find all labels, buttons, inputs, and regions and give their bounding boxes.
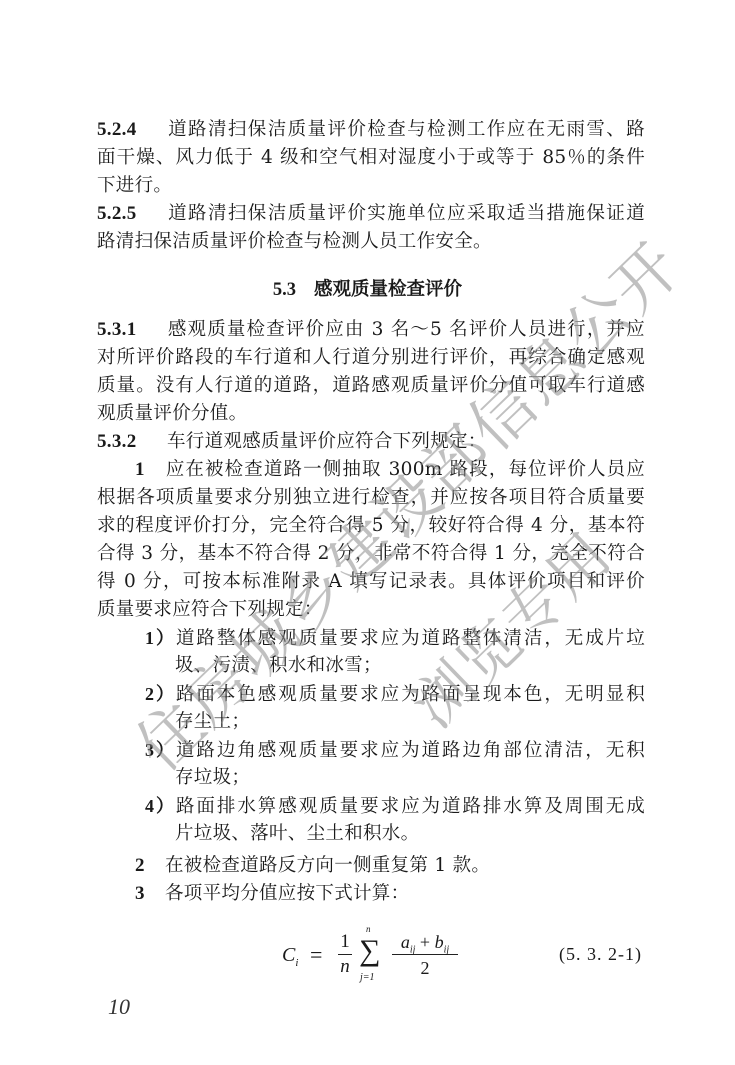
subitem-3-cont: 存垃圾； (97, 764, 645, 792)
clause-line: 5.2.4道路清扫保洁质量评价检查与检测工作应在无雨雪、路 (97, 116, 645, 144)
item-3: 3各项平均分值应按下式计算： (97, 880, 645, 908)
clause-number: 5.3.1 (97, 316, 167, 344)
clause-text: 车行道观感质量评价应符合下列规定： (167, 431, 487, 452)
section-heading: 5.3感观质量检查评价 (0, 276, 735, 304)
subitem-number: 3） (145, 740, 176, 760)
item-1-line: 求的程度评价打分，完全符合得 5 分，较好符合得 4 分，基本符 (97, 512, 645, 540)
item-text: 各项平均分值应按下式计算： (165, 883, 409, 904)
subitem-text: 路面本色感观质量要求应为路面呈现本色，无明显积 (176, 684, 645, 705)
clause-5-2-5: 5.2.5道路清扫保洁质量评价实施单位应采取适当措施保证道 路清扫保洁质量评价检… (97, 200, 645, 256)
subitem-number: 1） (145, 628, 176, 648)
section-title: 感观质量检查评价 (314, 279, 462, 300)
item-1-line: 根据各项质量要求分别独立进行检查，并应按各项目符合质量要 (97, 484, 645, 512)
item-number: 1 (135, 456, 165, 484)
item-number: 3 (135, 880, 165, 908)
sigma-icon: ∑ (359, 936, 380, 966)
section-number: 5.3 (273, 280, 296, 300)
clause-5-2-4: 5.2.4道路清扫保洁质量评价检查与检测工作应在无雨雪、路 面干燥、风力低于 4… (97, 116, 645, 200)
subitem-2-cont: 存尘土； (97, 708, 645, 736)
clause-line: 5.3.1感观质量检查评价应由 3 名～5 名评价人员进行，并应 (97, 316, 645, 344)
subitem-text: 道路整体感观质量要求应为道路整体清洁，无成片垃 (176, 628, 645, 649)
item-1-line: 合得 3 分，基本不符合得 2 分，非常不符合得 1 分，完全不符合 (97, 540, 645, 568)
clause-line: 路清扫保洁质量评价检查与检测人员工作安全。 (97, 228, 645, 256)
item-number: 2 (135, 852, 165, 880)
clause-number: 5.2.4 (97, 116, 167, 144)
sigma-lower-limit: j=1 (360, 972, 375, 983)
subitem-4: 4）路面排水箅感观质量要求应为道路排水箅及周围无成 (97, 792, 645, 820)
item-1-line: 得 0 分，可按本标准附录 A 填写记录表。具体评价项目和评价 (97, 568, 645, 596)
clause-number: 5.3.2 (97, 428, 167, 456)
clause-text: 感观质量检查评价应由 3 名～5 名评价人员进行，并应 (167, 319, 645, 340)
clause-line: 下进行。 (97, 172, 645, 200)
subitem-1-cont: 圾、污渍、积水和冰雪； (97, 652, 645, 680)
clause-text: 道路清扫保洁质量评价检查与检测工作应在无雨雪、路 (167, 119, 645, 140)
clause-5-3-1: 5.3.1感观质量检查评价应由 3 名～5 名评价人员进行，并应 对所评价路段的… (97, 316, 645, 428)
document-page: 5.2.4道路清扫保洁质量评价检查与检测工作应在无雨雪、路 面干燥、风力低于 4… (0, 0, 735, 1065)
sigma-upper-limit: n (366, 924, 371, 934)
clause-line: 5.2.5道路清扫保洁质量评价实施单位应采取适当措施保证道 (97, 200, 645, 228)
clause-line: 观质量评价分值。 (97, 400, 645, 428)
clause-line: 5.3.2车行道观感质量评价应符合下列规定： (97, 428, 645, 456)
formula-lhs: Ci (282, 944, 298, 969)
subitem-4-cont: 片垃圾、落叶、尘土和积水。 (97, 820, 645, 848)
formula-equals: = (310, 942, 322, 968)
subitem-1: 1）道路整体感观质量要求应为道路整体清洁，无成片垃 (97, 624, 645, 652)
clause-line: 对所评价路段的车行道和人行道分别进行评价，再综合确定感观 (97, 344, 645, 372)
item-text: 应在被检查道路一侧抽取 300m 路段，每位评价人员应 (165, 459, 645, 480)
clause-line: 面干燥、风力低于 4 级和空气相对湿度小于或等于 85％的条件 (97, 144, 645, 172)
item-1-line: 1应在被检查道路一侧抽取 300m 路段，每位评价人员应 (97, 456, 645, 484)
formula-5-3-2-1: Ci = 1 n n ∑ j=1 aij + bij 2 (5. 3. 2-1) (282, 930, 642, 986)
equation-number: (5. 3. 2-1) (559, 944, 642, 965)
item-1-line: 质量要求应符合下列规定： (97, 596, 645, 624)
formula-fraction-sum: aij + bij 2 (392, 930, 458, 981)
clause-number: 5.2.5 (97, 200, 167, 228)
item-text: 在被检查道路反方向一侧重复第 1 款。 (165, 855, 490, 876)
page-number: 10 (108, 994, 130, 1020)
subitem-3: 3）道路边角感观质量要求应为道路边角部位清洁，无积 (97, 736, 645, 764)
subitem-text: 路面排水箅感观质量要求应为道路排水箅及周围无成 (176, 796, 645, 817)
subitem-number: 2） (145, 684, 176, 704)
formula-fraction-1-over-n: 1 n (338, 930, 352, 979)
subitem-2: 2）路面本色感观质量要求应为路面呈现本色，无明显积 (97, 680, 645, 708)
clause-5-3-2: 5.3.2车行道观感质量评价应符合下列规定： 1应在被检查道路一侧抽取 300m… (97, 428, 645, 908)
subitem-number: 4） (145, 796, 176, 816)
subitem-text: 道路边角感观质量要求应为道路边角部位清洁，无积 (176, 740, 645, 761)
clause-line: 质量。没有人行道的道路，道路感观质量评价分值可取车行道感 (97, 372, 645, 400)
item-2: 2在被检查道路反方向一侧重复第 1 款。 (97, 852, 645, 880)
clause-text: 道路清扫保洁质量评价实施单位应采取适当措施保证道 (167, 203, 645, 224)
